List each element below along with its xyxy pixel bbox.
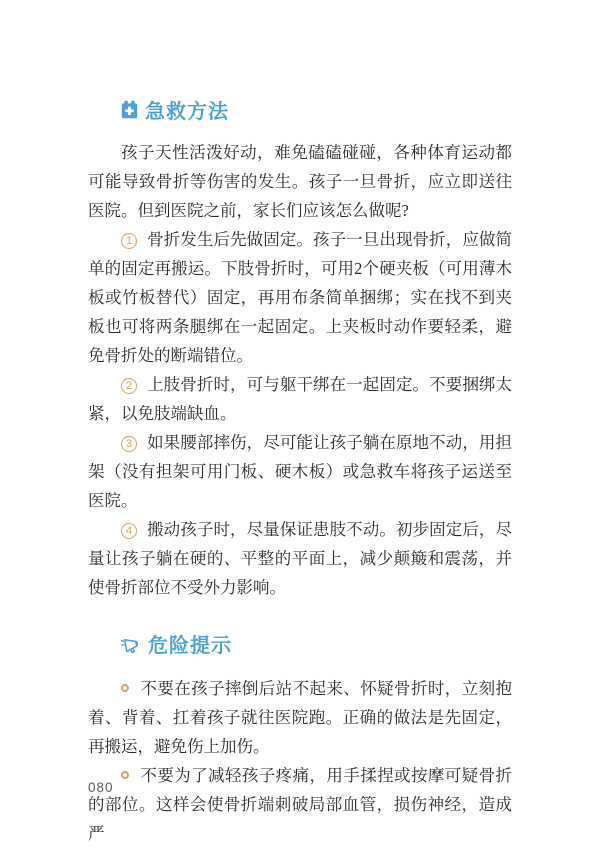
section-title: 急救方法 (145, 95, 229, 124)
step-number-badge: 4 (121, 523, 137, 539)
step-number-badge: 2 (121, 378, 137, 394)
warning-text: 不要为了减轻孩子疼痛，用手揉捏或按摩可疑骨折的部位。这样会使骨折端刺破局部血管，… (88, 766, 512, 843)
warning-paragraph-1: 不要在孩子摔倒后站不起来、怀疑骨折时，立刻抱着、背着、扛着孩子就往医院跑。正确的… (88, 674, 512, 761)
page-number: 080 (88, 780, 114, 795)
warning-text: 不要在孩子摔倒后站不起来、怀疑骨折时，立刻抱着、背着、扛着孩子就往医院跑。正确的… (88, 679, 512, 756)
step-paragraph-2: 2上肢骨折时，可与躯干绑在一起固定。不要捆绑太紧，以免肢端缺血。 (88, 370, 512, 428)
intro-paragraph: 孩子天性活泼好动，难免磕磕碰碰，各种体育运动都可能导致骨折等伤害的发生。孩子一旦… (88, 138, 512, 225)
warning-paragraph-2: 不要为了减轻孩子疼痛，用手揉捏或按摩可疑骨折的部位。这样会使骨折端刺破局部血管，… (88, 761, 512, 848)
step-paragraph-1: 1骨折发生后先做固定。孩子一旦出现骨折，应做简单的固定再搬运。下肢骨折时，可用2… (88, 225, 512, 370)
section-heading-danger-warning: 危险提示 (121, 629, 512, 658)
bullet-ring-icon (121, 771, 129, 779)
step-number-badge: 3 (121, 436, 137, 452)
step-text: 搬动孩子时，尽量保证患肢不动。初步固定后，尽量让孩子躺在硬的、平整的平面上，减少… (88, 520, 512, 597)
section-heading-first-aid: 急救方法 (121, 95, 512, 124)
step-text: 骨折发生后先做固定。孩子一旦出现骨折，应做简单的固定再搬运。下肢骨折时，可用2个… (88, 230, 512, 365)
step-number-badge: 1 (121, 233, 137, 249)
step-text: 上肢骨折时，可与躯干绑在一起固定。不要捆绑太紧，以免肢端缺血。 (88, 375, 512, 423)
megaphone-icon (121, 634, 141, 654)
step-paragraph-4: 4搬动孩子时，尽量保证患肢不动。初步固定后，尽量让孩子躺在硬的、平整的平面上，减… (88, 515, 512, 602)
section-title: 危险提示 (148, 629, 232, 658)
first-aid-kit-icon (121, 100, 138, 119)
bullet-ring-icon (121, 684, 129, 692)
step-paragraph-3: 3如果腰部摔伤，尽可能让孩子躺在原地不动，用担架（没有担架可用门板、硬木板）或急… (88, 428, 512, 515)
book-page: 急救方法 孩子天性活泼好动，难免磕磕碰碰，各种体育运动都可能导致骨折等伤害的发生… (0, 0, 600, 859)
step-text: 如果腰部摔伤，尽可能让孩子躺在原地不动，用担架（没有担架可用门板、硬木板）或急救… (88, 433, 512, 510)
